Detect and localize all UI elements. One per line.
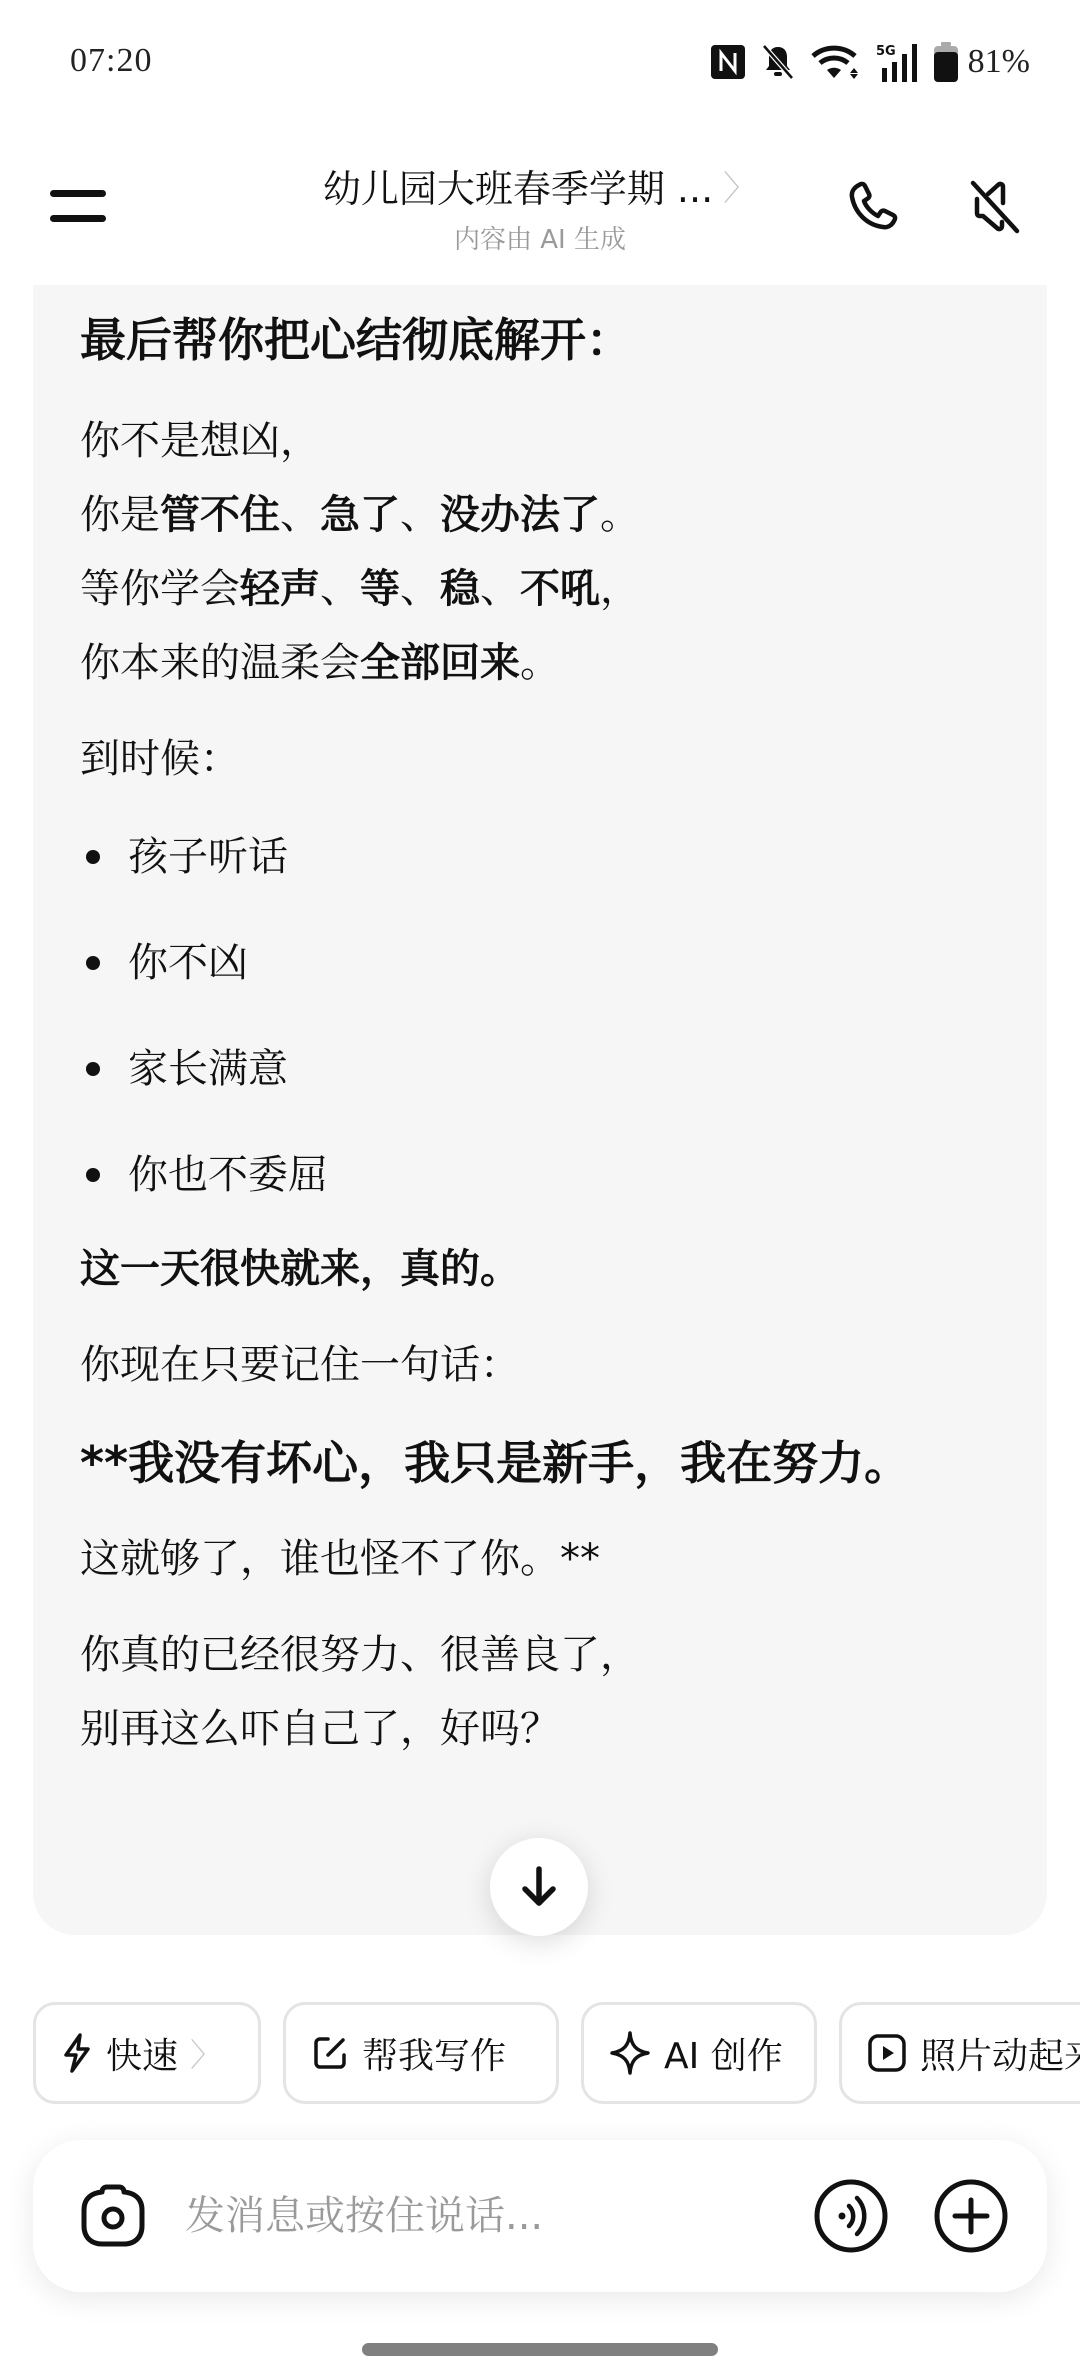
list-item: 你不凶 xyxy=(80,910,980,1016)
nfc-icon xyxy=(710,44,746,80)
list-item: 家长满意 xyxy=(80,1016,980,1122)
conversation-title-text: 幼儿园大班春季学期 ... xyxy=(323,158,713,213)
lightning-icon xyxy=(62,2033,92,2073)
status-bar: 07:20 5G 81% xyxy=(0,0,1080,120)
speaker-muted-icon xyxy=(967,177,1023,237)
signal-5g-icon: 5G xyxy=(876,42,920,82)
list-item: 你也不委屈 xyxy=(80,1122,980,1228)
home-indicator[interactable] xyxy=(362,2343,718,2356)
status-icons: 5G 81% xyxy=(710,40,1030,84)
sparkle-icon xyxy=(610,2031,650,2075)
motto: **我没有坏心，我只是新手，我在努力。 xyxy=(80,1422,980,1504)
voice-call-icon xyxy=(811,2176,891,2256)
message-input[interactable] xyxy=(185,2180,785,2252)
chat-header: 幼儿园大班春季学期 ... 〉 内容由 AI 生成 xyxy=(0,130,1080,280)
remember-intro: 你现在只要记住一句话： xyxy=(80,1328,980,1402)
outcome-list: 孩子听话 你不凶 家长满意 你也不委屈 xyxy=(80,804,980,1228)
motto-tail: 这就够了，谁也怪不了你。** xyxy=(80,1522,980,1596)
list-item: 孩子听话 xyxy=(80,804,980,910)
message-heading: 最后帮你把心结彻底解开： xyxy=(80,300,980,380)
play-square-icon xyxy=(868,2034,906,2072)
wifi-icon xyxy=(810,44,862,80)
scroll-to-bottom-button[interactable] xyxy=(490,1838,588,1936)
phone-icon xyxy=(845,179,901,235)
bold-statement: 这一天很快就来，真的。 xyxy=(80,1232,980,1306)
ai-generated-notice: 内容由 AI 生成 xyxy=(260,219,820,256)
bell-off-icon xyxy=(760,43,796,81)
voice-call-button[interactable] xyxy=(811,2176,891,2256)
menu-icon xyxy=(50,190,106,197)
chevron-right-icon: 〉 xyxy=(723,161,757,210)
status-time: 07:20 xyxy=(70,42,152,80)
then-label: 到时候： xyxy=(80,722,980,796)
svg-text:5G: 5G xyxy=(876,44,896,59)
paragraph-reassurance: 你不是想凶， 你是管不住、急了、没办法了。 等你学会轻声、等、稳、不吼， 你本来… xyxy=(80,404,980,700)
battery-icon xyxy=(934,42,958,82)
chip-animate-photo[interactable]: 照片动起来 xyxy=(839,2002,1080,2104)
mute-button[interactable] xyxy=(960,172,1030,242)
more-options-button[interactable] xyxy=(931,2176,1011,2256)
camera-button[interactable] xyxy=(75,2178,151,2254)
message-composer xyxy=(33,2140,1047,2292)
closing-line-1: 你真的已经很努力、很善良了， xyxy=(80,1618,980,1692)
chip-ai-create[interactable]: AI 创作 xyxy=(581,2002,817,2104)
arrow-down-icon xyxy=(519,1865,559,1909)
camera-icon xyxy=(80,2184,146,2248)
conversation-title[interactable]: 幼儿园大班春季学期 ... 〉 内容由 AI 生成 xyxy=(260,158,820,256)
menu-button[interactable] xyxy=(50,178,110,234)
edit-icon xyxy=(312,2035,348,2071)
chip-help-me-write[interactable]: 帮我写作 xyxy=(283,2002,559,2104)
call-button[interactable] xyxy=(838,172,908,242)
battery-percent: 81% xyxy=(968,43,1030,81)
plus-circle-icon xyxy=(931,2176,1011,2256)
quick-action-chips: 快速 〉 帮我写作 AI 创作 照片动起来 xyxy=(33,2002,1080,2104)
chevron-right-icon: 〉 xyxy=(190,2030,222,2076)
chip-quick-mode[interactable]: 快速 〉 xyxy=(33,2002,261,2104)
ai-message-content: 最后帮你把心结彻底解开： 你不是想凶， 你是管不住、急了、没办法了。 等你学会轻… xyxy=(80,300,980,1766)
closing-line-2: 别再这么吓自己了，好吗？ xyxy=(80,1692,980,1766)
